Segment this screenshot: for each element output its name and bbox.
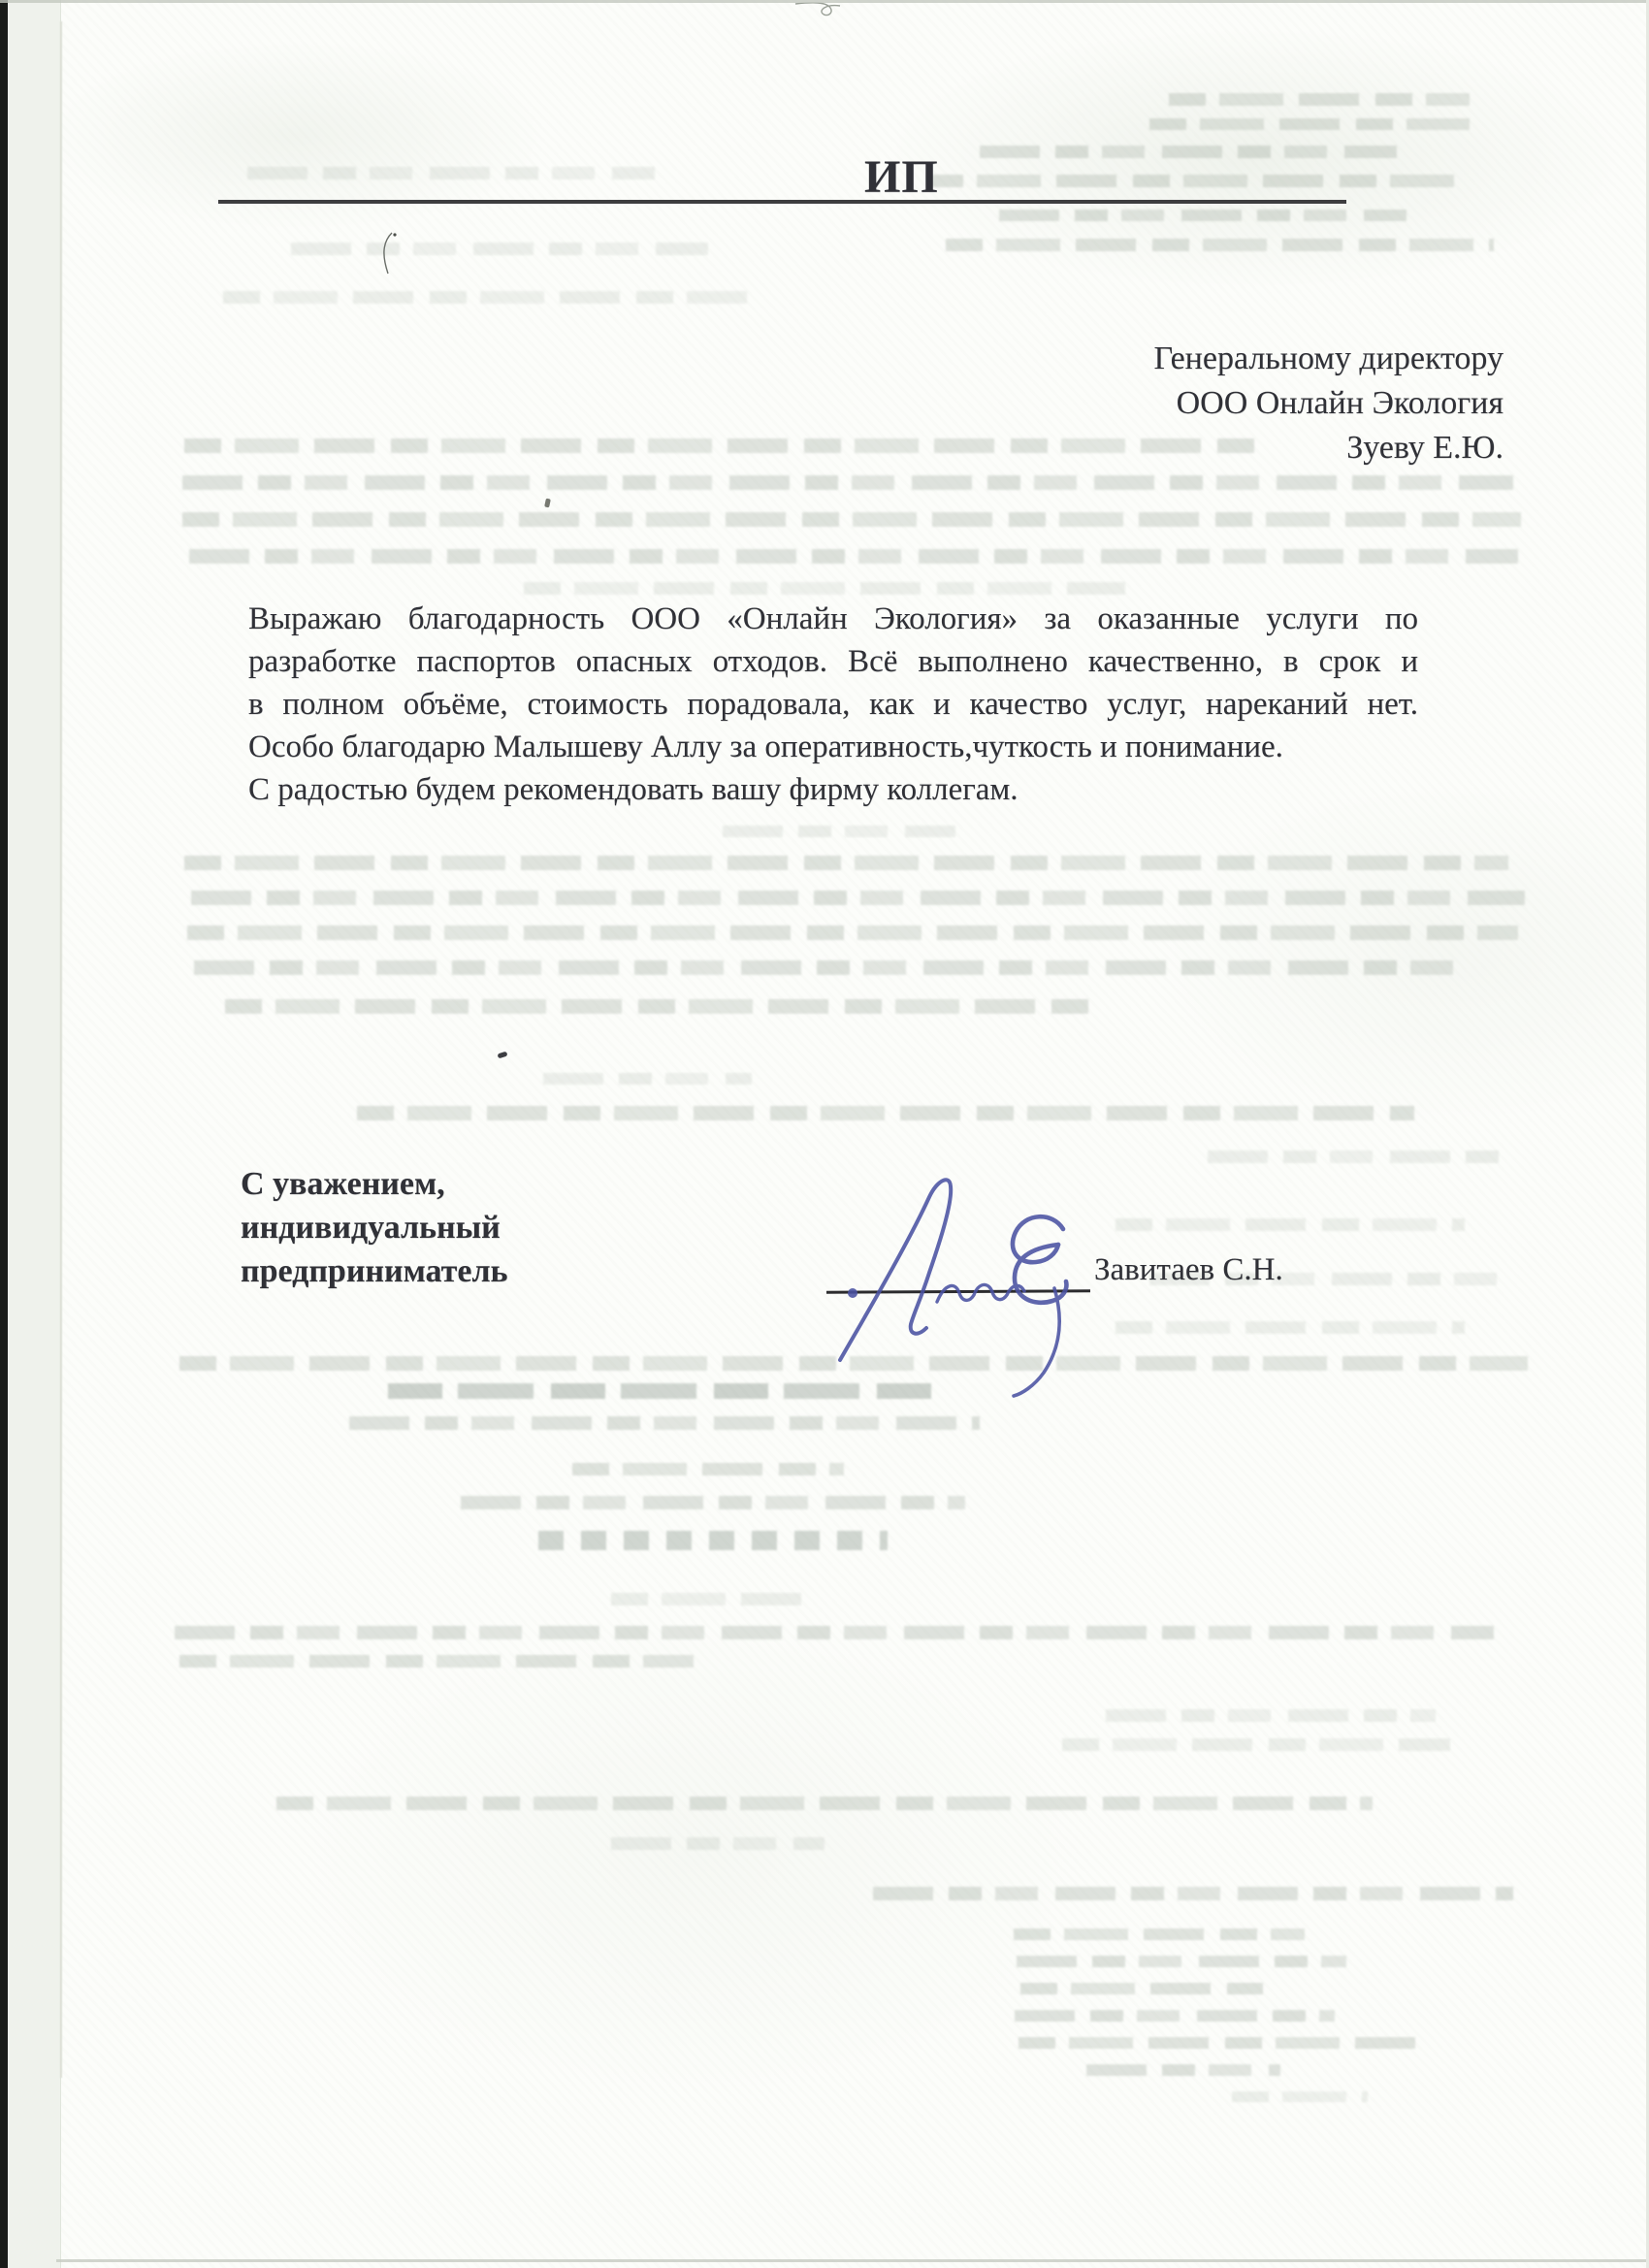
ghost-line	[1115, 1218, 1465, 1231]
ghost-line	[179, 1655, 694, 1668]
ghost-line	[1017, 1956, 1346, 1967]
ghost-line	[1062, 1738, 1450, 1751]
ghost-line	[538, 1531, 888, 1550]
corner-curl-mark	[793, 0, 852, 29]
letterhead-title: ИП	[864, 154, 939, 201]
recipient-line: ООО Онлайн Экология	[1154, 381, 1504, 426]
ghost-line	[194, 960, 1455, 975]
ghost-line	[611, 1837, 824, 1850]
closing-line: С уважением,	[241, 1162, 508, 1206]
ghost-line	[1169, 93, 1470, 106]
ghost-line	[184, 856, 1508, 870]
ghost-line	[1208, 1150, 1499, 1163]
ghost-line	[225, 999, 1088, 1014]
ghost-line	[182, 512, 1521, 527]
ghost-line	[611, 1593, 815, 1605]
ghost-line	[357, 1106, 1414, 1120]
ghost-line	[1149, 118, 1470, 130]
ghost-line	[1014, 1928, 1305, 1940]
body-line: Выражаю благодарность ООО «Онлайн Эколог…	[248, 598, 1418, 640]
recipient-block: Генеральному директору ООО Онлайн Эколог…	[1154, 337, 1504, 470]
recipient-line: Генеральному директору	[1154, 337, 1504, 381]
ghost-line	[184, 438, 1266, 453]
ghost-line	[543, 1073, 752, 1085]
handwritten-signature-ink	[813, 1154, 1104, 1399]
ghost-line	[926, 175, 1455, 187]
ghost-line	[189, 549, 1518, 564]
ghost-line	[349, 1416, 980, 1430]
ghost-line	[524, 582, 1125, 595]
closing-line: предприниматель	[241, 1249, 508, 1293]
closing-block: С уважением, индивидуальный предпринимат…	[241, 1162, 508, 1293]
body-line: разработке паспортов опасных отходов. Вс…	[248, 640, 1418, 683]
body-line: Особо благодарю Малышеву Аллу за операти…	[248, 726, 1418, 768]
scan-crease	[60, 21, 62, 2078]
ghost-line	[187, 925, 1518, 940]
ghost-line	[223, 291, 747, 304]
scan-edge-top	[0, 0, 1649, 3]
ghost-line	[873, 1887, 1513, 1900]
ghost-line	[1020, 1983, 1263, 1994]
closing-line: индивидуальный	[241, 1206, 508, 1249]
ghost-line	[247, 167, 655, 179]
ghost-line	[1115, 1321, 1465, 1334]
body-line: в полном объёме, стоимость порадовала, к…	[248, 683, 1418, 726]
scan-edge-bottom	[56, 2259, 1649, 2262]
ghost-line	[276, 1797, 1373, 1810]
scan-strip-left	[8, 0, 61, 2268]
ghost-line	[1018, 2037, 1421, 2049]
ghost-line	[980, 146, 1397, 158]
recipient-line: Зуеву Е.Ю.	[1154, 426, 1504, 470]
scan-edge-left	[0, 0, 8, 2268]
ghost-line	[1232, 2091, 1368, 2102]
letterhead-rule	[218, 200, 1346, 204]
ghost-line	[461, 1496, 965, 1509]
ghost-line	[1015, 2010, 1335, 2022]
body-paragraph: Выражаю благодарность ООО «Онлайн Эколог…	[248, 598, 1418, 811]
ghost-line	[1106, 1709, 1436, 1722]
scanned-letter-page: ИП Генеральному директору ООО Онлайн Эко…	[0, 0, 1649, 2268]
signer-name: Завитаев С.Н.	[1094, 1250, 1283, 1289]
hair-mark	[378, 231, 398, 275]
body-line: С радостью будем рекомендовать вашу фирм…	[248, 768, 1418, 811]
ink-speck	[497, 1052, 507, 1059]
ghost-line	[191, 891, 1525, 905]
ghost-line	[182, 475, 1513, 490]
ghost-line	[175, 1626, 1494, 1639]
ghost-line	[1086, 2064, 1280, 2076]
ghost-line	[572, 1463, 844, 1475]
ghost-line	[291, 243, 708, 255]
ink-speck	[544, 499, 551, 508]
ghost-line	[723, 826, 955, 837]
ghost-line	[946, 239, 1494, 251]
ghost-line	[999, 210, 1406, 221]
